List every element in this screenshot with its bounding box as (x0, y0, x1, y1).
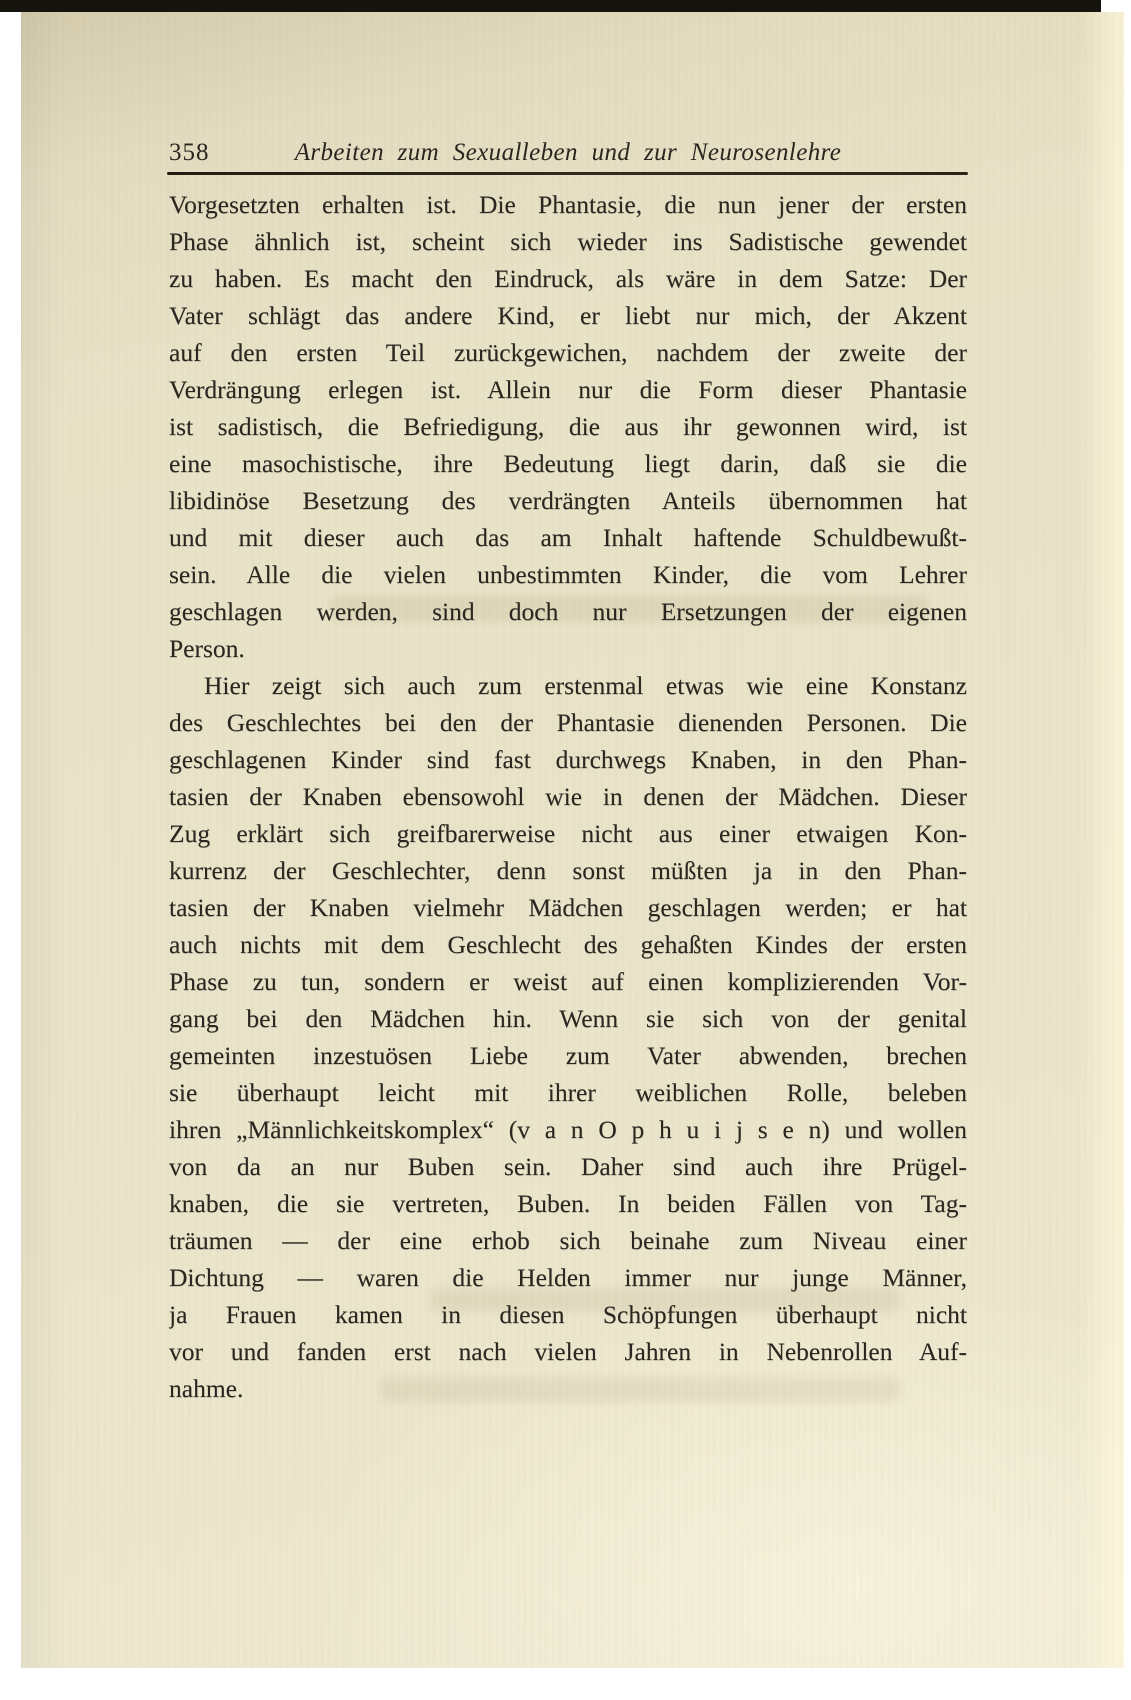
text-line: ihren „Männlichkeitskomplex“ (v a n O p … (169, 1111, 967, 1148)
text-line: Phase zu tun, sondern er weist auf einen… (169, 963, 967, 1000)
text-line: knaben, die sie vertreten, Buben. In bei… (169, 1185, 967, 1222)
text-line: von da an nur Buben sein. Daher sind auc… (169, 1148, 967, 1185)
text-line: Person. (169, 630, 967, 667)
text-line: gemeinten inzestuösen Liebe zum Vater ab… (169, 1037, 967, 1074)
text-line: nahme. (169, 1370, 967, 1407)
paragraph: Vorgesetzten erhalten ist. Die Phantasie… (169, 186, 967, 667)
text-line: vor und fanden erst nach vielen Jahren i… (169, 1333, 967, 1370)
text-line: eine masochistische, ihre Bedeutung lieg… (169, 445, 967, 482)
page-content: 358 Arbeiten zum Sexualleben und zur Neu… (169, 0, 967, 1700)
text-line: sein. Alle die vielen unbestimmten Kinde… (169, 556, 967, 593)
text-line: geschlagen werden, sind doch nur Ersetzu… (169, 593, 967, 630)
text-line: Verdrängung erlegen ist. Allein nur die … (169, 371, 967, 408)
text-line: zu haben. Es macht den Eindruck, als wär… (169, 260, 967, 297)
text-line: des Geschlechtes bei den der Phantasie d… (169, 704, 967, 741)
text-line: Dichtung — waren die Helden immer nur ju… (169, 1259, 967, 1296)
text-line: Phase ähnlich ist, scheint sich wieder i… (169, 223, 967, 260)
header-rule (167, 172, 968, 175)
text-line: tasien der Knaben vielmehr Mädchen gesch… (169, 889, 967, 926)
running-head: Arbeiten zum Sexualleben und zur Neurose… (169, 139, 967, 167)
text-line: geschlagenen Kinder sind fast durchwegs … (169, 741, 967, 778)
text-line: kurrenz der Geschlechter, denn sonst müß… (169, 852, 967, 889)
text-line: träumen — der eine erhob sich beinahe zu… (169, 1222, 967, 1259)
text-line: Zug erklärt sich greifbarerweise nicht a… (169, 815, 967, 852)
text-line: ja Frauen kamen in diesen Schöpfungen üb… (169, 1296, 967, 1333)
text-line: ist sadistisch, die Befriedigung, die au… (169, 408, 967, 445)
scanned-book-page: { "header": { "page_number": "358", "run… (0, 0, 1131, 1700)
page-header: 358 Arbeiten zum Sexualleben und zur Neu… (169, 139, 967, 169)
paragraph: Hier zeigt sich auch zum erstenmal etwas… (169, 667, 967, 1407)
text-line: Vater schlägt das andere Kind, er liebt … (169, 297, 967, 334)
text-line: sie überhaupt leicht mit ihrer weibliche… (169, 1074, 967, 1111)
text-line: libidinöse Besetzung des verdrängten Ant… (169, 482, 967, 519)
text-line: auch nichts mit dem Geschlecht des gehaß… (169, 926, 967, 963)
text-line: auf den ersten Teil zurückgewichen, nach… (169, 334, 967, 371)
text-line: Hier zeigt sich auch zum erstenmal etwas… (169, 667, 967, 704)
text-line: gang bei den Mädchen hin. Wenn sie sich … (169, 1000, 967, 1037)
text-line: und mit dieser auch das am Inhalt haften… (169, 519, 967, 556)
text-line: tasien der Knaben ebensowohl wie in dene… (169, 778, 967, 815)
body-text: Vorgesetzten erhalten ist. Die Phantasie… (169, 186, 967, 1407)
text-line: Vorgesetzten erhalten ist. Die Phantasie… (169, 186, 967, 223)
